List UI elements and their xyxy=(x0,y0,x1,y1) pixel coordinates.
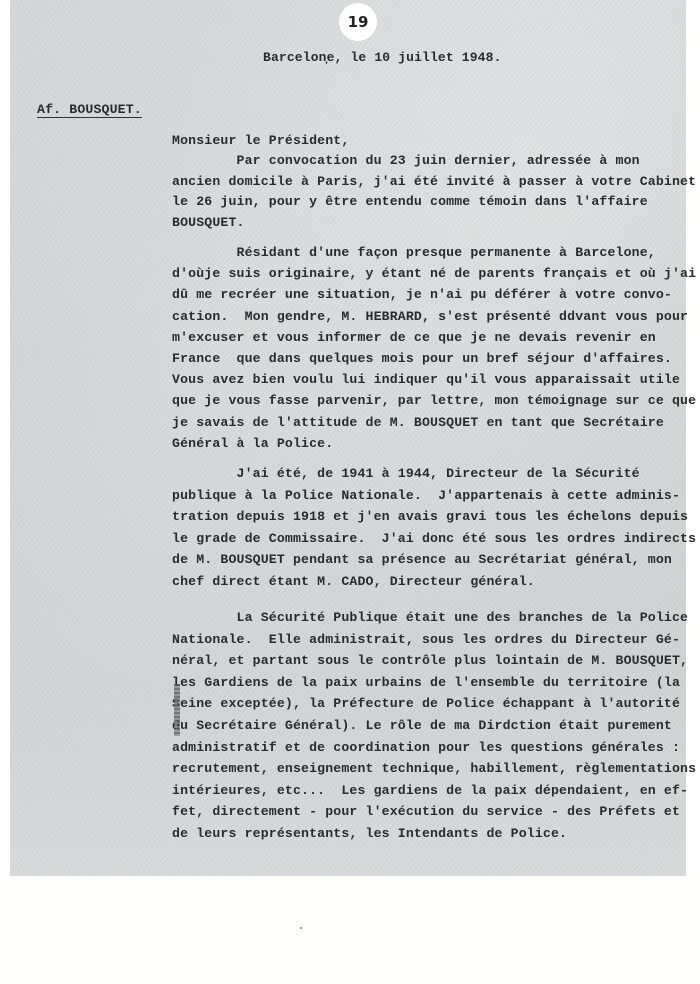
letter-line: Seine exceptée), la Préfecture de Police… xyxy=(172,696,680,711)
letter-line: de M. BOUSQUET pendant sa présence au Se… xyxy=(172,552,672,567)
letter-line: Par convocation du 23 juin dernier, adre… xyxy=(172,153,640,168)
letter-line: recrutement, enseignement technique, hab… xyxy=(172,761,696,776)
letter-line: Général à la Police. xyxy=(172,436,333,451)
page-number-stamp: 19 xyxy=(339,3,377,41)
letter-line: que je vous fasse parvenir, par lettre, … xyxy=(172,393,696,408)
letter-line: je savais de l'attitude de M. BOUSQUET e… xyxy=(172,415,664,430)
letter-line: d'oùje suis originaire, y étant né de pa… xyxy=(172,266,696,281)
place-date: Barcelon̦e, le 10 juillet 1948. xyxy=(263,50,502,65)
letter-line: de leurs représentants, les Intendants d… xyxy=(172,826,567,841)
letter-line: administratif et de coordination pour le… xyxy=(172,740,680,755)
letter-line: Vous avez bien voulu lui indiquer qu'il … xyxy=(172,372,680,387)
letter-line: BOUSQUET. xyxy=(172,215,245,230)
letter-line: du Secrétaire Général). Le rôle de ma Di… xyxy=(172,718,672,733)
letter-line: cation. Mon gendre, M. HEBRARD, s'est pr… xyxy=(172,309,688,324)
salutation: Monsieur le Président, xyxy=(172,133,349,148)
letter-line: intérieures, etc... Les gardiens de la p… xyxy=(172,783,688,798)
letter-line: La Sécurité Publique était une des branc… xyxy=(172,610,688,625)
margin-mark xyxy=(174,684,180,736)
letter-line: néral, et partant sous le contrôle plus … xyxy=(172,653,688,668)
letter-line: fet, directement - pour l'exécution du s… xyxy=(172,804,680,819)
letter-line: le 26 juin, pour y être entendu comme té… xyxy=(172,194,648,209)
letter-line: les Gardiens de la paix urbains de l'ens… xyxy=(172,675,680,690)
letter-line: m'excuser et vous informer de ce que je … xyxy=(172,330,656,345)
letter-line: dû me recréer une situation, je n'ai pu … xyxy=(172,287,672,302)
letter-line: Nationale. Elle administrait, sous les o… xyxy=(172,632,680,647)
letter-line: chef direct étant M. CADO, Directeur gén… xyxy=(172,574,535,589)
letter-line: tration depuis 1918 et j'en avais gravi … xyxy=(172,509,688,524)
case-reference: Af. BOUSQUET. xyxy=(37,103,142,118)
speck xyxy=(300,927,302,929)
letter-line: J'ai été, de 1941 à 1944, Directeur de l… xyxy=(172,466,640,481)
letter-line: le grade de Commissaire. J'ai donc été s… xyxy=(172,531,696,546)
letter-line: publique à la Police Nationale. J'appart… xyxy=(172,488,680,503)
letter-line: Résidant d'une façon presque permanente … xyxy=(172,245,656,260)
letter-line: ancien domicile à Paris, j'ai été invité… xyxy=(172,174,696,189)
letter-line: France que dans quelques mois pour un br… xyxy=(172,351,672,366)
